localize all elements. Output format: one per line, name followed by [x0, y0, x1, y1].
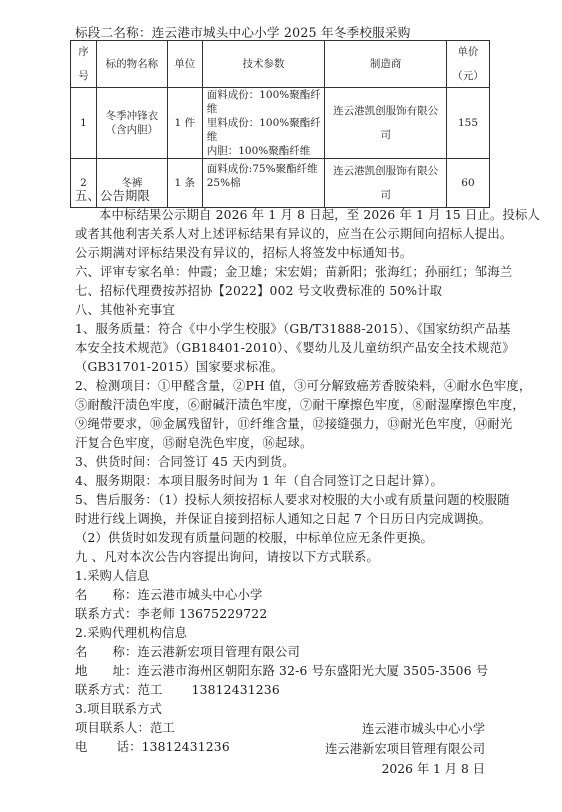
- item-2-line3: ⑨绳带要求，⑩金属残留针，⑪纤维含量，⑫接缝强力，⑬耐光色牢度，⑭耐光: [75, 416, 512, 432]
- project-contact-heading: 3.项目联系方式: [75, 701, 162, 717]
- cell-params: 面料成份:75%聚酯纤维 25%棉: [202, 159, 325, 208]
- item-4-service-period: 4、服务期限：本项目服务时间为 1 年（自合同签订之日起计算）。: [75, 473, 443, 489]
- item-1-line2: 本安全技术规范》（GB18401-2010）、《婴幼儿及儿童纺织产品安全技术规范…: [75, 340, 515, 356]
- agency-contact: 联系方式：范工 13812431236: [75, 682, 280, 698]
- header-name: 标的物名称: [96, 41, 167, 88]
- item-5-line1: 5、售后服务：（1）投标人须按招标人要求对校服的大小或有质量问题的校服随: [75, 492, 510, 508]
- announcement-page: 标段二名称：连云港市城头中心小学 2025 年冬季校服采购 序 号 标的物名称 …: [0, 0, 562, 812]
- cell-name: 冬季冲锋衣 （含内胆）: [96, 88, 167, 159]
- section-5-para-line1: 本中标结果公示期自 2026 年 1 月 8 日起，至 2026 年 1 月 1…: [75, 207, 540, 223]
- item-2-line1: 2、检测项目：①甲醛含量，②PH 值，③可分解致癌芳香胺染料，④耐水色牢度，: [75, 378, 531, 394]
- table-header-row: 序 号 标的物名称 单位 技术参数 制造商 单价 （元）: [71, 41, 490, 88]
- section-9-heading: 九 、凡对本次公告内容提出询问，请按以下方式联系。: [75, 549, 379, 565]
- project-contact-person: 项目联系人：范工: [75, 720, 175, 736]
- agency-address: 地 址：连云港市海州区朝阳东路 32-6 号东盛阳光大厦 3505-3506 号: [75, 663, 488, 679]
- item-2-line4: 汗复合色牢度，⑮耐皂洗色牢度，⑯起球。: [75, 435, 312, 451]
- header-maker: 制造商: [325, 41, 447, 88]
- cell-seq: 1: [71, 88, 97, 159]
- purchaser-heading: 1.采购人信息: [75, 568, 150, 584]
- project-contact-phone: 电 话：13812431236: [75, 739, 230, 755]
- section-5-heading: 五、公告期限: [75, 188, 150, 204]
- header-params: 技术参数: [202, 41, 325, 88]
- cell-price: 155: [446, 88, 489, 159]
- cell-unit: 1 条: [167, 159, 202, 208]
- item-2-line2: ⑤耐酸汗渍色牢度，⑥耐碱汗渍色牢度，⑦耐干摩擦色牢度，⑧耐湿摩擦色牢度，: [75, 397, 525, 413]
- cell-maker: 连云港凯创服饰有限公 司: [325, 88, 447, 159]
- header-unit: 单位: [167, 41, 202, 88]
- cell-price: 60: [446, 159, 489, 208]
- agency-heading: 2.采购代理机构信息: [75, 625, 187, 641]
- item-5-line2: 时进行线上调换，并保证自接到招标人通知之日起 7 个日历日内完成调换。: [75, 511, 491, 527]
- bid-result-table: 序 号 标的物名称 单位 技术参数 制造商 单价 （元） 1 冬季冲锋衣 （含内…: [70, 40, 490, 208]
- item-1-line1: 1、服务质量：符合《中小学生校服》（GB/T31888-2015）、《国家纺织产…: [75, 321, 511, 337]
- item-3-delivery: 3、供货时间：合同签订 45 天内到货。: [75, 454, 295, 470]
- section-8-heading: 八、其他补充事宜: [75, 302, 175, 318]
- item-5-line3: （2）供货时如发现有质量问题的校服，中标单位应无条件更换。: [75, 530, 433, 546]
- section-5-para-line3: 公示期满对评标结果没有异议的，招标人将签发中标通知书。: [75, 245, 412, 261]
- signature-date: 2026 年 1 月 8 日: [382, 760, 485, 778]
- header-seq: 序 号: [71, 41, 97, 88]
- signature-org1: 连云港市城头中心小学: [362, 720, 485, 738]
- section-5-para-line2: 或者其他利害关系人对上述评标结果有异议的，应当在公示期间向招标人提出。: [75, 226, 512, 242]
- section-title: 标段二名称：连云港市城头中心小学 2025 年冬季校服采购: [75, 25, 411, 41]
- section-6-experts: 六、评审专家名单：仲霞；金卫雄；宋宏娟；苗新阳；张海红；孙丽红；邹海兰: [75, 264, 512, 280]
- purchaser-name: 名 称：连云港市城头中心小学: [75, 587, 262, 603]
- section-7-agency-fee: 七、招标代理费按苏招协【2022】002 号文收费标准的 50%计取: [75, 283, 442, 299]
- cell-unit: 1 件: [167, 88, 202, 159]
- purchaser-contact: 联系方式：李老师 13675229722: [75, 606, 267, 622]
- signature-org2: 连云港新宏项目管理有限公司: [325, 740, 485, 758]
- item-1-line3: （GB31701-2015）国家要求标准。: [75, 359, 283, 375]
- table-row: 1 冬季冲锋衣 （含内胆） 1 件 面料成份：100%聚酯纤维 里料成份：100…: [71, 88, 490, 159]
- cell-maker: 连云港凯创服饰有限公 司: [325, 159, 447, 208]
- cell-params: 面料成份：100%聚酯纤维 里料成份：100%聚酯纤维 内胆：100%聚酯纤维: [202, 88, 325, 159]
- header-price: 单价 （元）: [446, 41, 489, 88]
- agency-name: 名 称：连云港新宏项目管理有限公司: [75, 644, 300, 660]
